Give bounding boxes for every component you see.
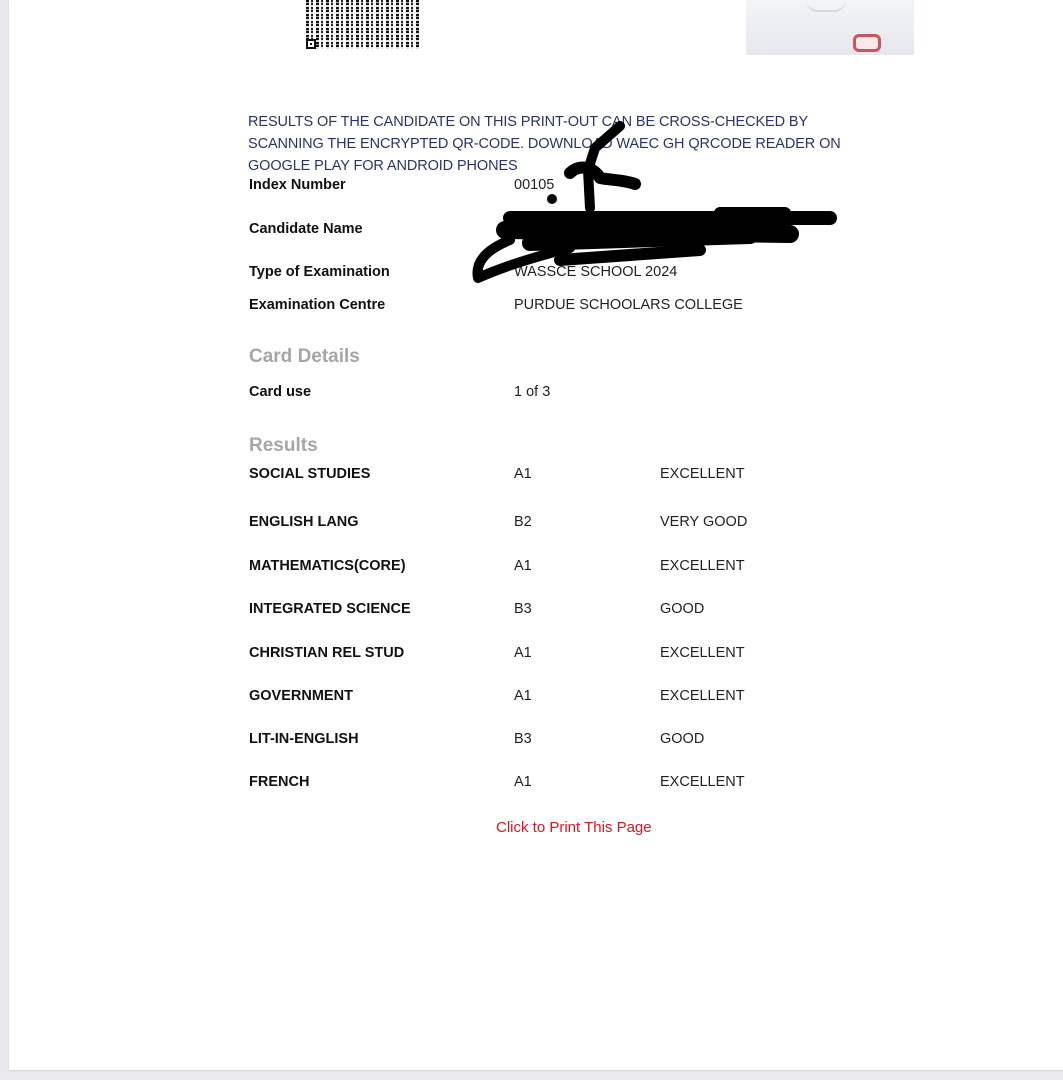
subject-grade: A1	[514, 688, 532, 704]
grade-remark: EXCELLENT	[660, 774, 745, 790]
grade-remark: EXCELLENT	[660, 688, 745, 704]
qr-finder-pattern	[306, 39, 316, 49]
subject-grade: A1	[514, 645, 532, 661]
photo-collar	[806, 0, 846, 12]
grade-remark: GOOD	[660, 601, 704, 617]
card-use-label: Card use	[249, 384, 311, 400]
results-heading: Results	[249, 435, 318, 457]
subject-grade: B3	[514, 601, 532, 617]
card-use-value: 1 of 3	[514, 384, 550, 400]
grade-remark: GOOD	[660, 731, 704, 747]
subject-name: FRENCH	[249, 774, 309, 790]
subject-name: SOCIAL STUDIES	[249, 466, 370, 482]
subject-name: MATHEMATICS(CORE)	[249, 558, 406, 574]
subject-grade: A1	[514, 466, 532, 482]
qr-code-image	[306, 0, 420, 49]
subject-name: ENGLISH LANG	[249, 514, 359, 530]
candidate-photo	[746, 0, 914, 55]
photo-school-badge	[853, 34, 881, 52]
grade-remark: EXCELLENT	[660, 466, 745, 482]
index-number-value: 00105	[514, 177, 554, 193]
grade-remark: EXCELLENT	[660, 558, 745, 574]
card-details-heading: Card Details	[249, 346, 360, 368]
grade-remark: VERY GOOD	[660, 514, 747, 530]
exam-type-value: WASSCE SCHOOL 2024	[514, 264, 677, 280]
subject-name: CHRISTIAN REL STUD	[249, 645, 404, 661]
exam-centre-label: Examination Centre	[249, 297, 385, 313]
qr-verification-notice: RESULTS OF THE CANDIDATE ON THIS PRINT-O…	[248, 111, 848, 177]
grade-remark: EXCELLENT	[660, 645, 745, 661]
subject-name: INTEGRATED SCIENCE	[249, 601, 411, 617]
exam-type-label: Type of Examination	[249, 264, 390, 280]
subject-grade: A1	[514, 774, 532, 790]
candidate-name-label: Candidate Name	[249, 221, 363, 237]
subject-name: GOVERNMENT	[249, 688, 353, 704]
subject-grade: A1	[514, 558, 532, 574]
subject-name: LIT-IN-ENGLISH	[249, 731, 359, 747]
print-page-link[interactable]: Click to Print This Page	[496, 819, 652, 836]
subject-grade: B3	[514, 731, 532, 747]
subject-grade: B2	[514, 514, 532, 530]
index-number-label: Index Number	[249, 177, 346, 193]
exam-centre-value: PURDUE SCHOOLARS COLLEGE	[514, 297, 743, 313]
